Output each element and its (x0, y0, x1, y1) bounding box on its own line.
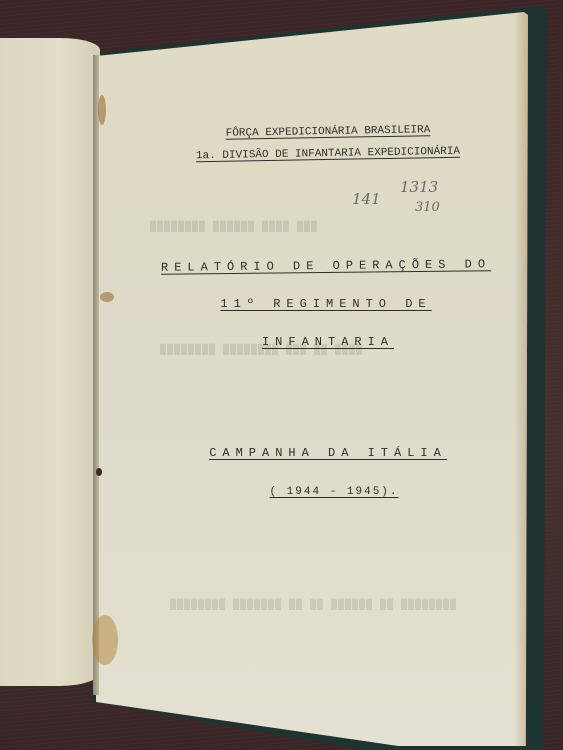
show-through-text: ████████ ███████ ██ ██ ██████ ██ ███████… (170, 600, 457, 611)
binding-hole (96, 468, 102, 476)
show-through-text: ████████ ██████ ████ ███ (150, 222, 318, 233)
date-range: ( 1944 - 1945). (118, 486, 550, 498)
handwritten-number-141: 141 (352, 190, 381, 208)
report-title-line-2: 11º REGIMENTO DE (110, 297, 542, 311)
title-page (96, 12, 528, 746)
rust-stain (98, 95, 106, 125)
rust-stain (92, 615, 118, 665)
book-gutter (93, 55, 99, 695)
campaign-subtitle: CAMPANHA DA ITÁLIA (112, 446, 544, 460)
report-title-line-3: INFANTARIA (112, 335, 544, 349)
left-page (0, 38, 100, 686)
handwritten-number-1313: 1313 (400, 178, 438, 196)
handwritten-number-310: 310 (415, 200, 440, 215)
